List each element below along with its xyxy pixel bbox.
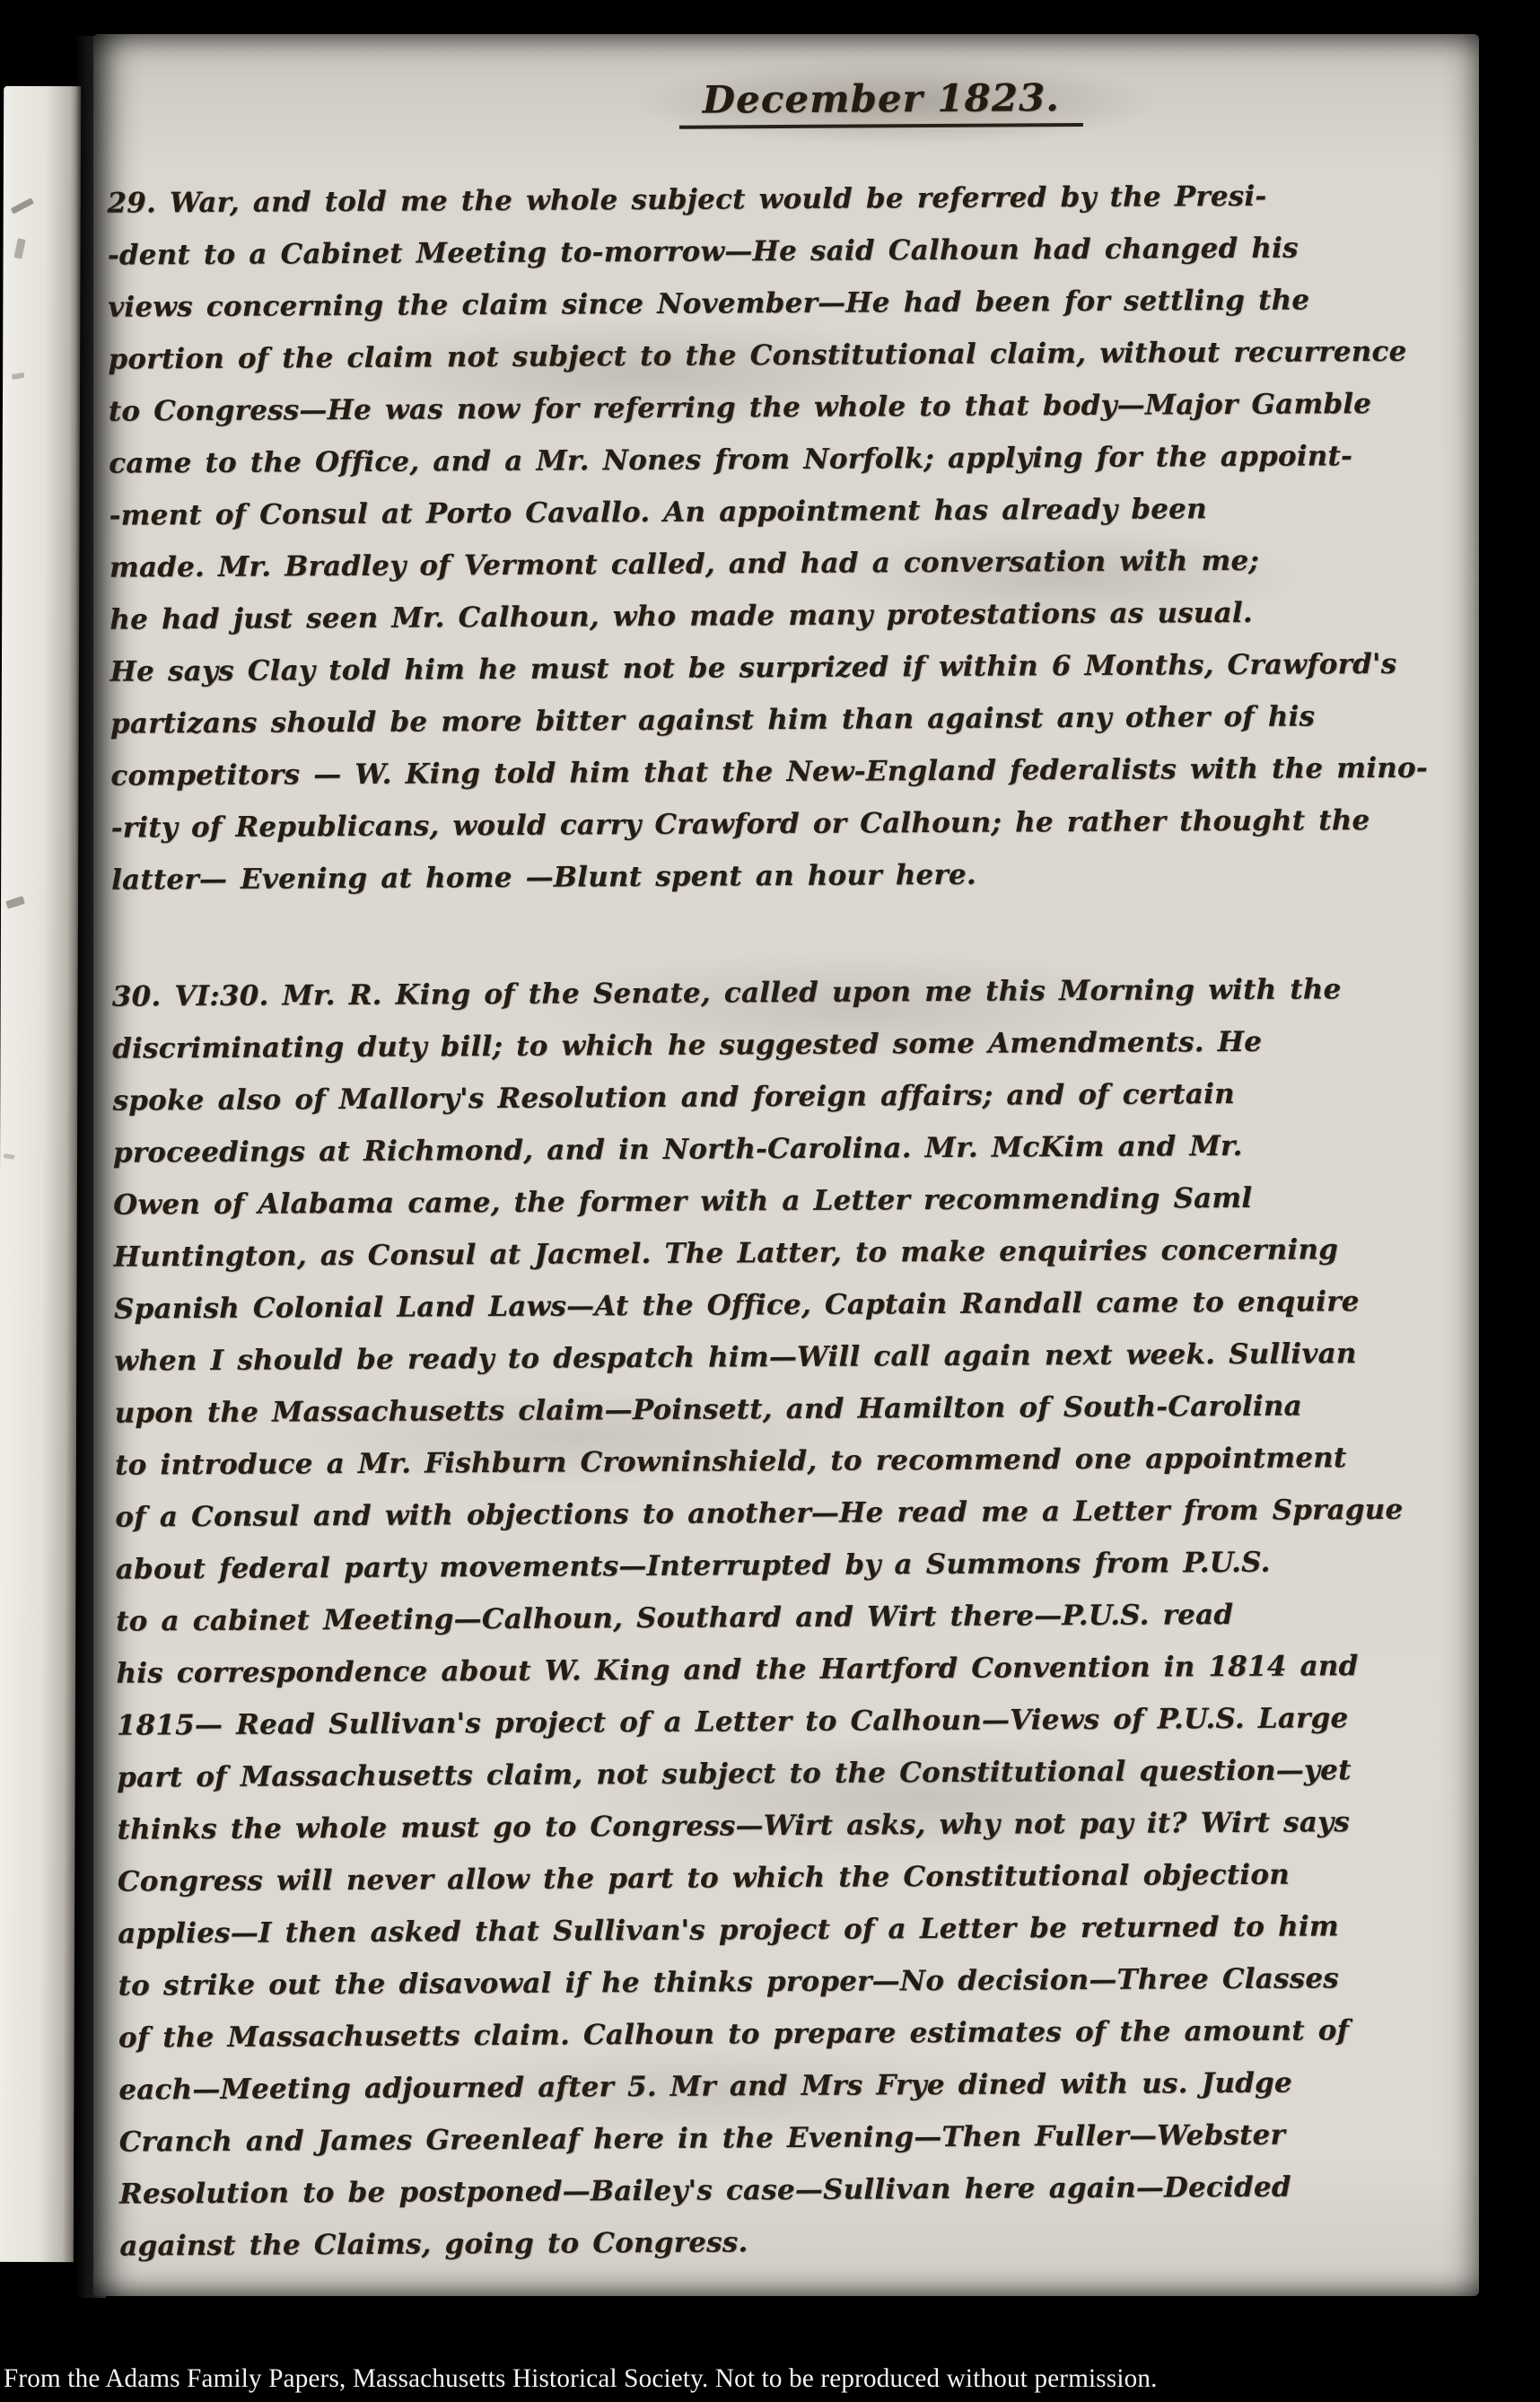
- manuscript-line: of the Massachusetts claim. Calhoun to p…: [118, 2003, 1470, 2064]
- manuscript-line: 1815— Read Sullivan's project of a Lette…: [117, 1691, 1468, 1751]
- manuscript-text: December 1823. 29. War, and told me the …: [107, 60, 1472, 2272]
- manuscript-line: -ment of Consul at Porto Cavallo. An app…: [109, 481, 1460, 541]
- manuscript-line: spoke also of Mallory's Resolution and f…: [112, 1066, 1464, 1126]
- manuscript-line: to Congress—He was now for referring the…: [109, 377, 1460, 437]
- manuscript-line: 30. VI:30. Mr. R. King of the Senate, ca…: [112, 962, 1464, 1022]
- manuscript-line: discriminating duty bill; to which he su…: [112, 1014, 1464, 1074]
- manuscript-line: Owen of Alabama came, the former with a …: [113, 1170, 1465, 1231]
- manuscript-line: 29. War, and told me the whole subject w…: [107, 169, 1458, 229]
- manuscript-line: applies—I then asked that Sullivan's pro…: [118, 1899, 1469, 1959]
- manuscript-line: He says Clay told him he must not be sur…: [109, 637, 1461, 697]
- manuscript-line: portion of the claim not subject to the …: [108, 325, 1459, 385]
- manuscript-line: -rity of Republicans, would carry Crawfo…: [111, 793, 1463, 854]
- manuscript-line: to strike out the disavowal if he thinks…: [118, 1951, 1469, 2012]
- manuscript-line: Resolution to be postponed—Bailey's case…: [119, 2160, 1471, 2220]
- manuscript-line: upon the Massachusetts claim—Poinsett, a…: [114, 1379, 1466, 1439]
- manuscript-line: each—Meeting adjourned after 5. Mr and M…: [118, 2056, 1470, 2116]
- ink-bleed-mark: [13, 238, 25, 259]
- manuscript-line: competitors — W. King told him that the …: [110, 741, 1462, 802]
- ink-bleed-mark: [4, 1153, 15, 1160]
- ink-bleed-mark: [12, 373, 25, 380]
- credit-caption: From the Adams Family Papers, Massachuse…: [4, 2363, 1158, 2394]
- manuscript-line: of a Consul and with objections to anoth…: [115, 1483, 1466, 1543]
- manuscript-line: against the Claims, going to Congress.: [119, 2212, 1471, 2272]
- manuscript-line: when I should be ready to despatch him—W…: [114, 1327, 1466, 1387]
- manuscript-line: his correspondence about W. King and the…: [116, 1639, 1467, 1699]
- credit-bar: From the Adams Family Papers, Massachuse…: [0, 2352, 1540, 2402]
- manuscript-line: Huntington, as Consul at Jacmel. The Lat…: [113, 1223, 1465, 1283]
- manuscript-line: Congress will never allow the part to wh…: [118, 1847, 1469, 1907]
- manuscript-line: Cranch and James Greenleaf here in the E…: [118, 2108, 1470, 2168]
- manuscript-line: to a cabinet Meeting—Calhoun, Southard a…: [116, 1587, 1467, 1647]
- ink-bleed-mark: [5, 896, 25, 909]
- scanned-document: December 1823. 29. War, and told me the …: [0, 0, 1540, 2402]
- manuscript-line: made. Mr. Bradley of Vermont called, and…: [109, 533, 1461, 593]
- manuscript-line: views concerning the claim since Novembe…: [108, 273, 1459, 333]
- manuscript-line: Spanish Colonial Land Laws—At the Office…: [114, 1275, 1466, 1335]
- manuscript-line: he had just seen Mr. Calhoun, who made m…: [109, 585, 1461, 645]
- manuscript-line: to introduce a Mr. Fishburn Crowninshiel…: [115, 1431, 1466, 1491]
- manuscript-line: partizans should be more bitter against …: [110, 689, 1462, 750]
- facing-page-edge: [0, 86, 81, 2262]
- ink-bleed-mark: [11, 197, 34, 214]
- manuscript-line: came to the Office, and a Mr. Nones from…: [109, 429, 1460, 489]
- manuscript-line: -dent to a Cabinet Meeting to-morrow—He …: [108, 221, 1459, 281]
- manuscript-page: December 1823. 29. War, and told me the …: [93, 34, 1479, 2296]
- page-title: December 1823.: [678, 75, 1083, 129]
- diary-entry-29: 29. War, and told me the whole subject w…: [107, 169, 1463, 906]
- manuscript-line: part of Massachusetts claim, not subject…: [117, 1743, 1468, 1803]
- manuscript-line: proceedings at Richmond, and in North-Ca…: [113, 1118, 1465, 1179]
- manuscript-line: latter— Evening at home —Blunt spent an …: [111, 846, 1463, 906]
- manuscript-line: about federal party movements—Interrupte…: [116, 1535, 1467, 1595]
- manuscript-line: thinks the whole must go to Congress—Wir…: [117, 1795, 1468, 1855]
- diary-entry-30: 30. VI:30. Mr. R. King of the Senate, ca…: [112, 962, 1472, 2272]
